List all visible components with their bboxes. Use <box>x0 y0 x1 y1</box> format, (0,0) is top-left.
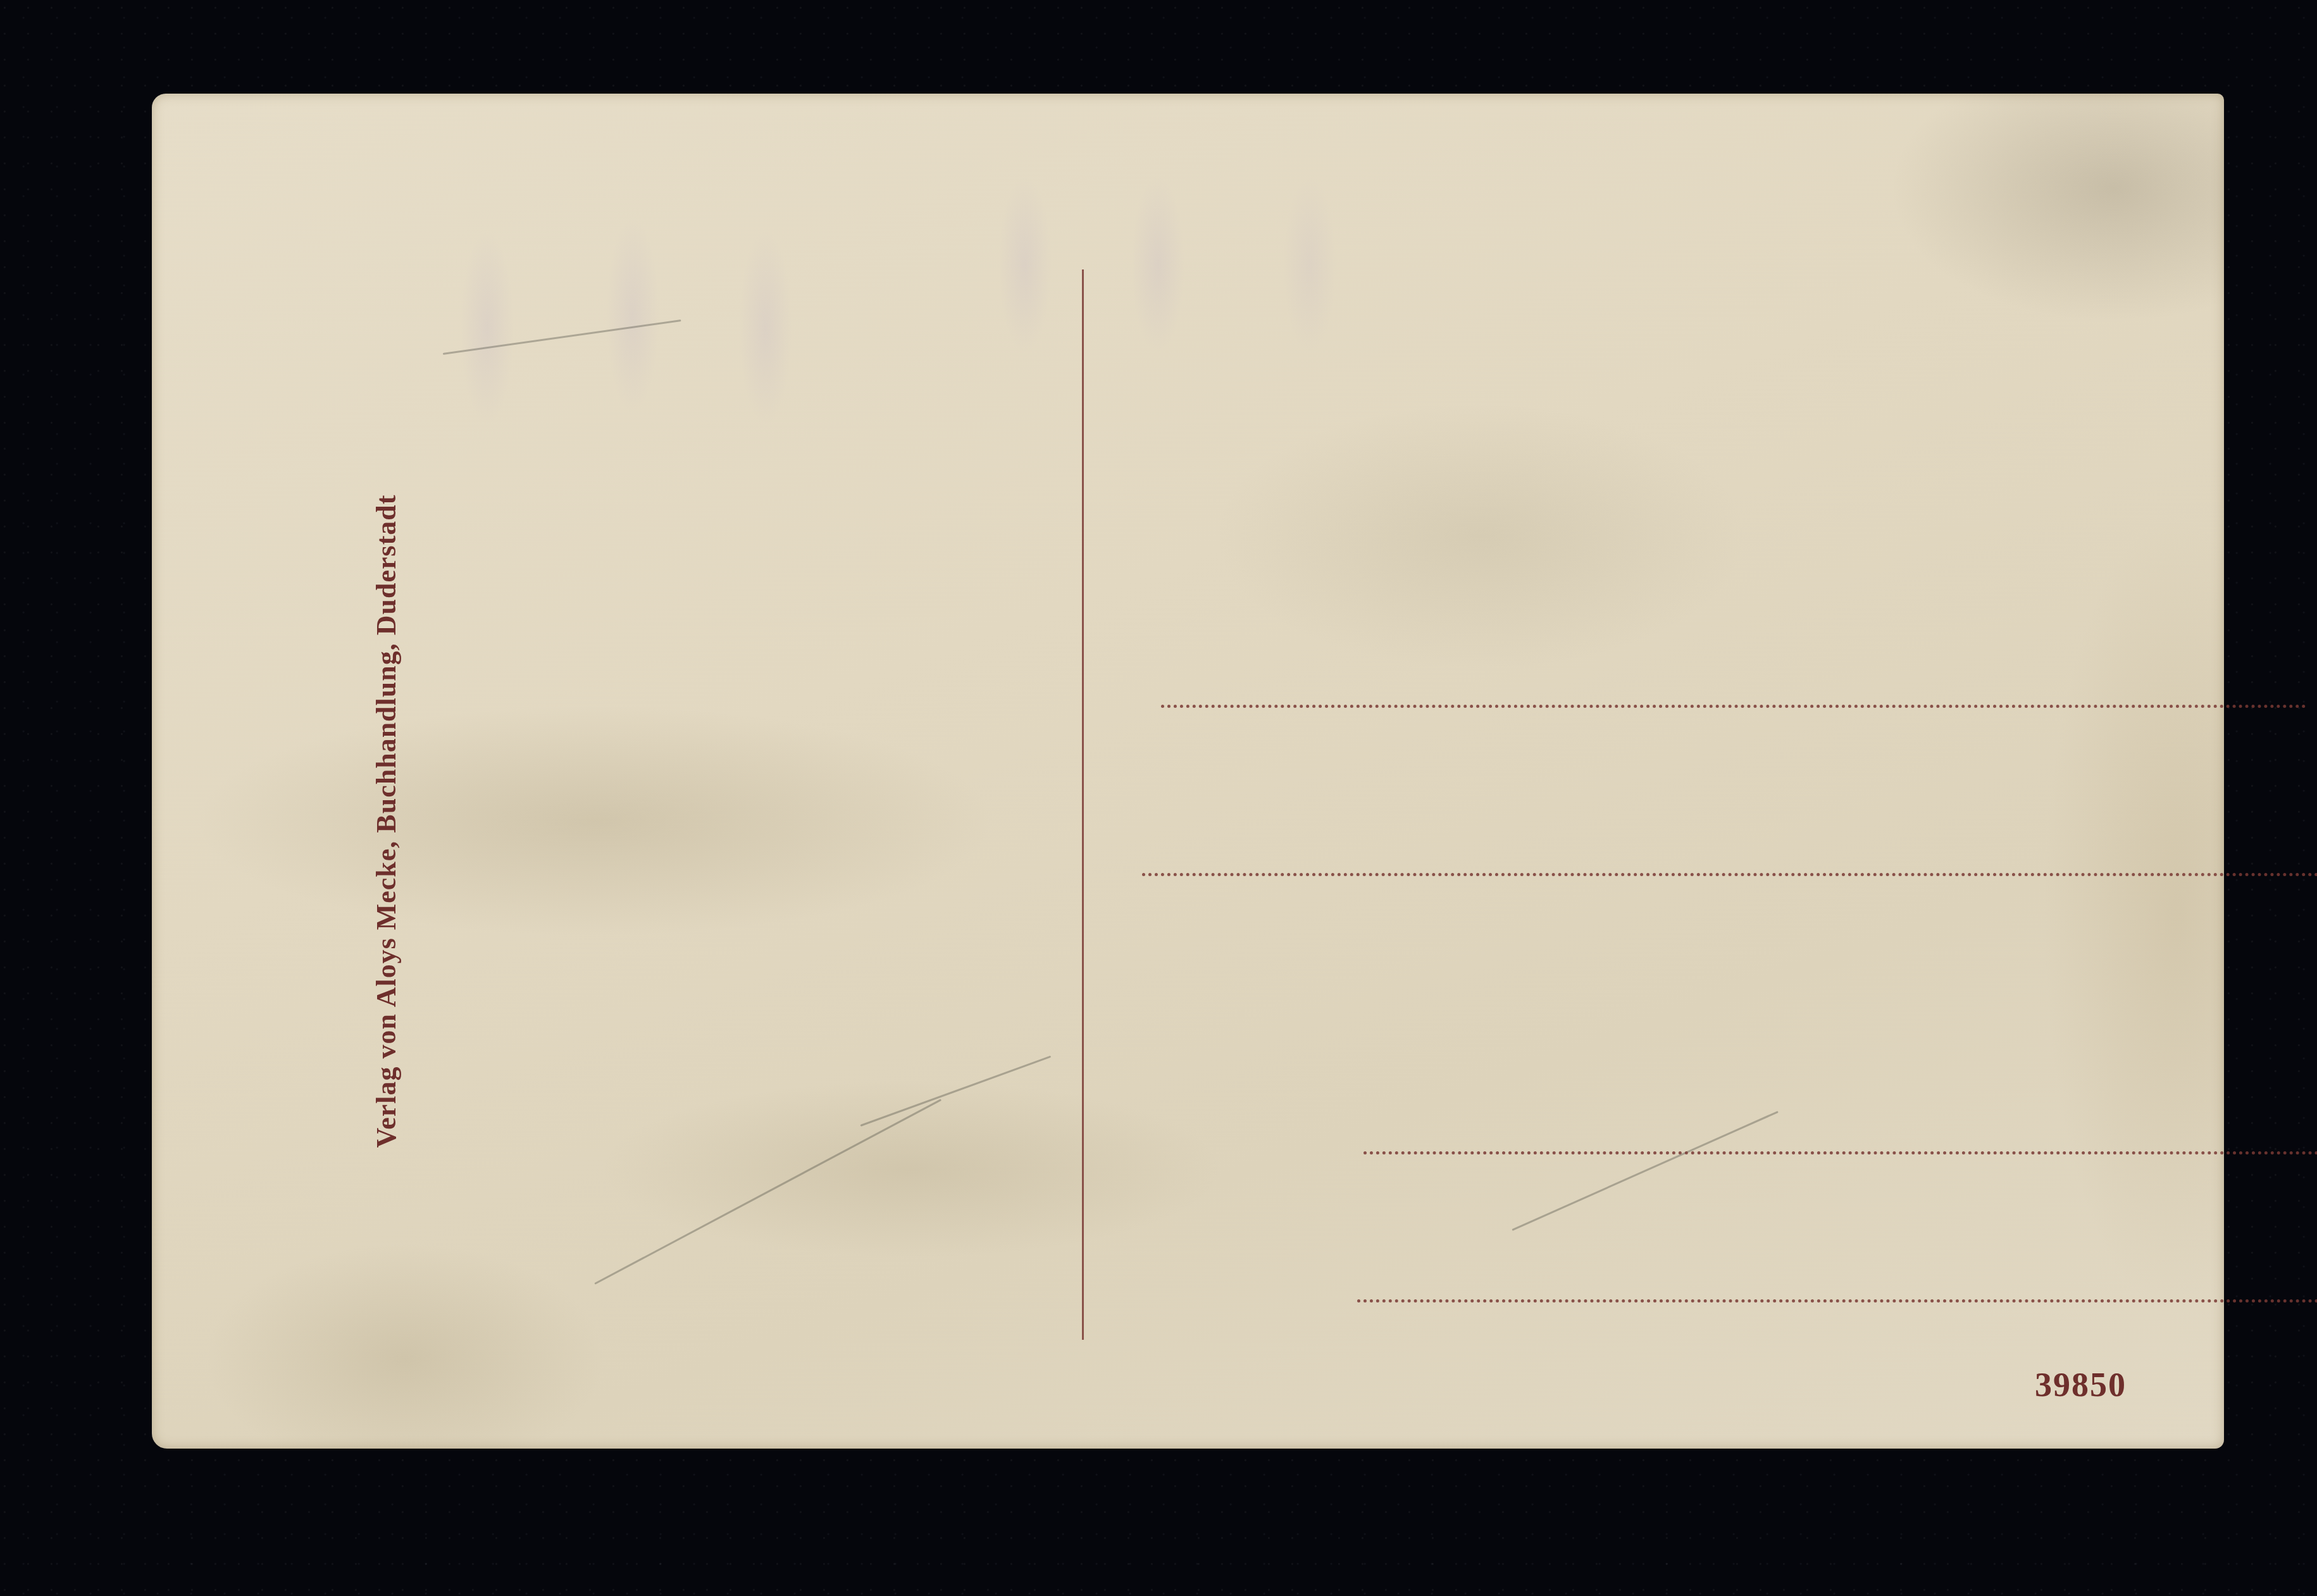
address-line-1 <box>1161 705 2306 708</box>
serial-number: 39850 <box>2035 1365 2127 1404</box>
pencil-scratch <box>860 1056 1051 1127</box>
address-line-2 <box>1142 873 2317 876</box>
address-line-4 <box>1357 1299 2317 1302</box>
pencil-scratch <box>1512 1111 1778 1231</box>
faded-stamp-mark <box>361 163 1626 517</box>
address-line-3 <box>1363 1151 2317 1154</box>
postcard-back: Verlag von Aloys Mecke, Buchhandlung, Du… <box>152 94 2224 1449</box>
publisher-imprint: Verlag von Aloys Mecke, Buchhandlung, Du… <box>370 495 402 1148</box>
divider-line <box>1082 269 1084 1340</box>
pencil-scratch <box>594 1099 941 1285</box>
pencil-scratch <box>443 319 681 355</box>
